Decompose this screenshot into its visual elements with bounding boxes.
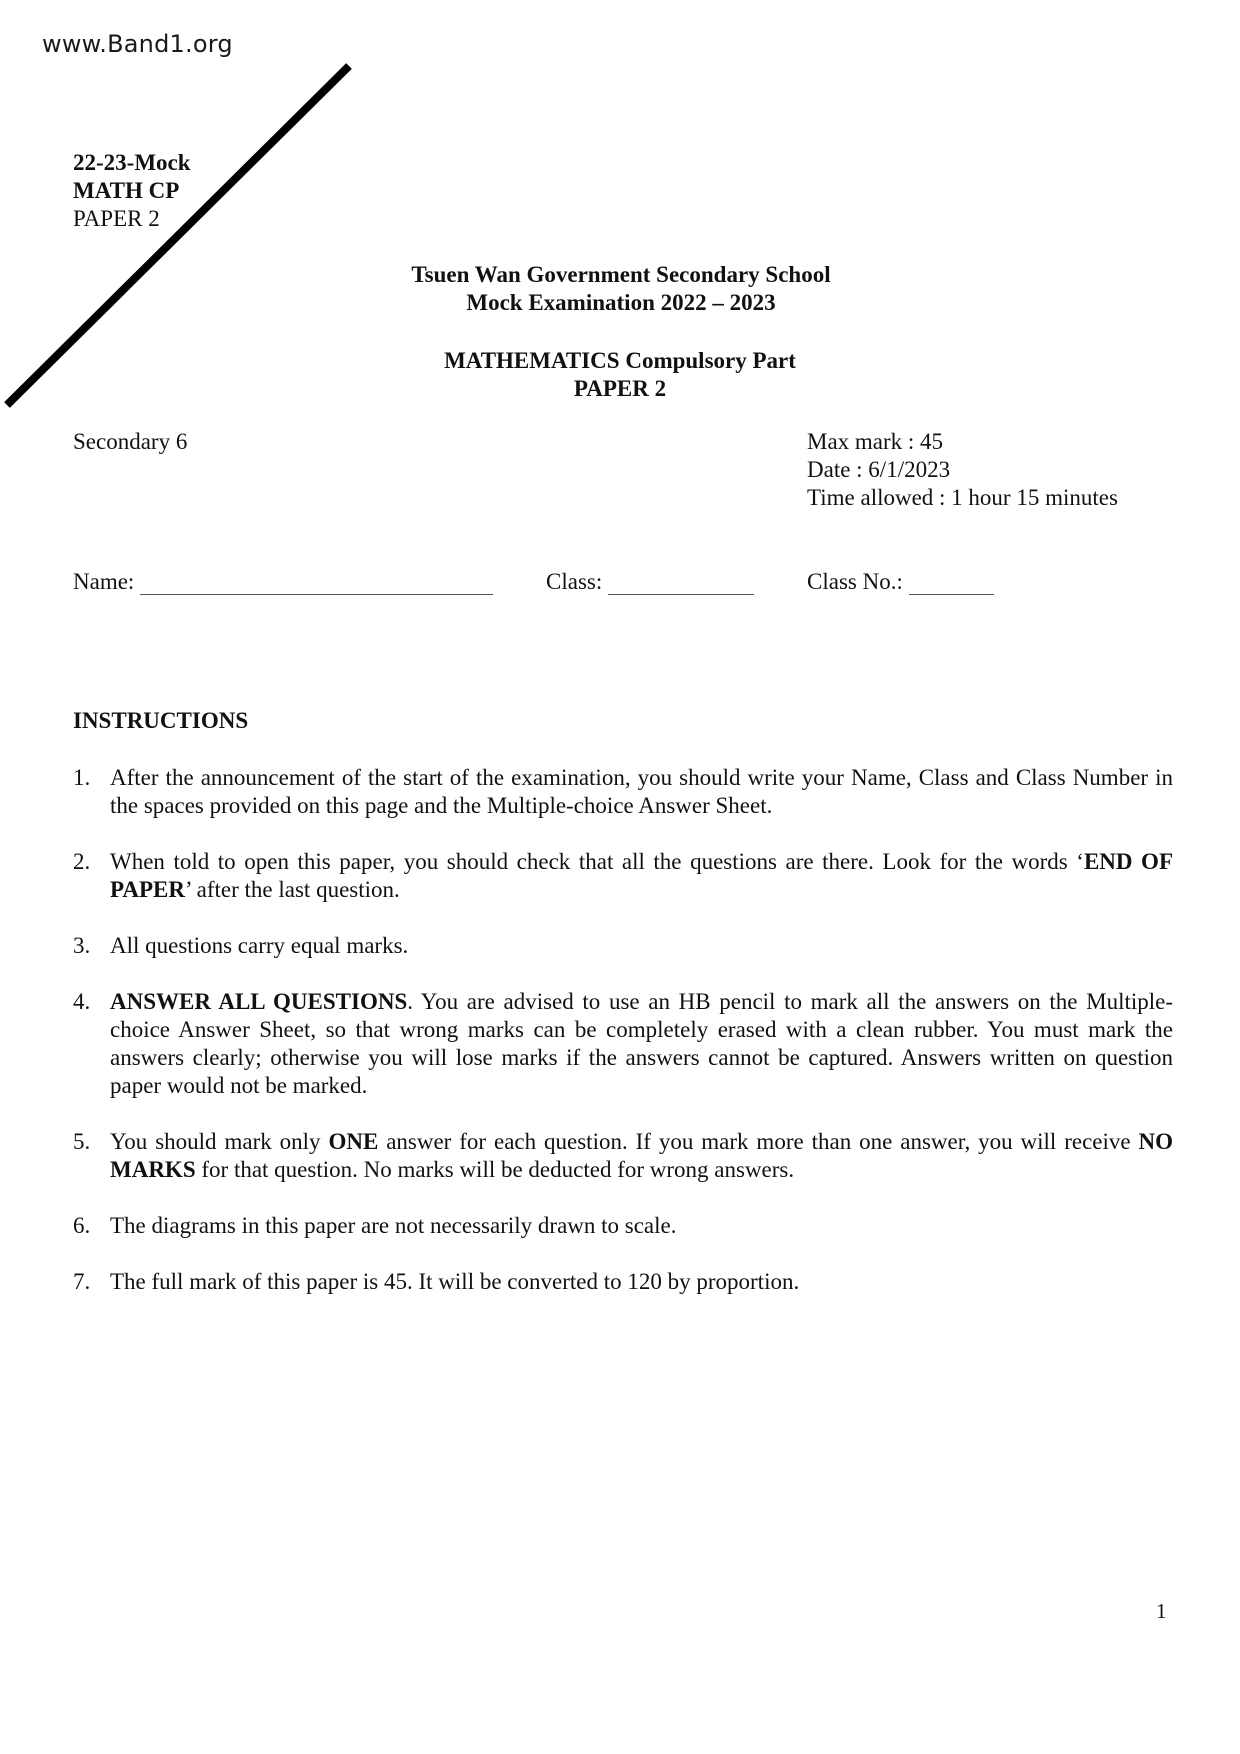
student-info-fields: Name: Class: Class No.: <box>0 569 1240 605</box>
level-text: Secondary 6 <box>73 428 187 456</box>
instruction-item: 4.ANSWER ALL QUESTIONS. You are advised … <box>73 988 1173 1100</box>
class-input-line[interactable] <box>608 572 754 595</box>
instruction-item: 1.After the announcement of the start of… <box>73 764 1173 820</box>
class-no-field: Class No.: <box>807 569 994 595</box>
instruction-text: The full mark of this paper is 45. It wi… <box>110 1268 1173 1296</box>
instruction-number: 3. <box>73 932 110 960</box>
instruction-item: 3.All questions carry equal marks. <box>73 932 1173 960</box>
name-input-line[interactable] <box>140 572 493 595</box>
corner-label-subject: MATH CP <box>73 177 191 205</box>
school-name: Tsuen Wan Government Secondary School <box>1 261 1240 289</box>
instruction-item: 5.You should mark only ONE answer for ea… <box>73 1128 1173 1184</box>
corner-paper-label: 22-23-Mock MATH CP PAPER 2 <box>73 149 191 233</box>
time-allowed: Time allowed : 1 hour 15 minutes <box>807 484 1118 512</box>
subject-header: MATHEMATICS Compulsory Part PAPER 2 <box>0 347 1240 403</box>
instruction-text: ANSWER ALL QUESTIONS. You are advised to… <box>110 988 1173 1100</box>
name-field: Name: <box>73 569 493 595</box>
subject-title: MATHEMATICS Compulsory Part <box>0 347 1240 375</box>
instruction-number: 5. <box>73 1128 110 1184</box>
instruction-text: The diagrams in this paper are not neces… <box>110 1212 1173 1240</box>
exam-date: Date : 6/1/2023 <box>807 456 1118 484</box>
instructions-heading: INSTRUCTIONS <box>73 708 248 734</box>
instruction-item: 6.The diagrams in this paper are not nec… <box>73 1212 1173 1240</box>
instruction-number: 6. <box>73 1212 110 1240</box>
instruction-text: After the announcement of the start of t… <box>110 764 1173 820</box>
class-no-input-line[interactable] <box>909 572 994 595</box>
instruction-number: 2. <box>73 848 110 904</box>
instruction-text: You should mark only ONE answer for each… <box>110 1128 1173 1184</box>
max-mark: Max mark : 45 <box>807 428 1118 456</box>
corner-label-paper: PAPER 2 <box>73 205 191 233</box>
class-label: Class: <box>546 569 602 595</box>
instruction-number: 4. <box>73 988 110 1100</box>
instructions-list: 1.After the announcement of the start of… <box>73 764 1173 1324</box>
corner-label-code: 22-23-Mock <box>73 149 191 177</box>
exam-title: Mock Examination 2022 – 2023 <box>1 289 1240 317</box>
exam-meta: Max mark : 45 Date : 6/1/2023 Time allow… <box>807 428 1118 512</box>
instruction-text: All questions carry equal marks. <box>110 932 1173 960</box>
class-no-label: Class No.: <box>807 569 903 595</box>
instruction-number: 7. <box>73 1268 110 1296</box>
instruction-text: When told to open this paper, you should… <box>110 848 1173 904</box>
instruction-number: 1. <box>73 764 110 820</box>
page-number: 1 <box>1156 1599 1167 1624</box>
school-header: Tsuen Wan Government Secondary School Mo… <box>0 261 1240 317</box>
class-field: Class: <box>546 569 754 595</box>
name-label: Name: <box>73 569 134 595</box>
instruction-item: 2.When told to open this paper, you shou… <box>73 848 1173 904</box>
instruction-item: 7.The full mark of this paper is 45. It … <box>73 1268 1173 1296</box>
paper-title: PAPER 2 <box>0 375 1240 403</box>
